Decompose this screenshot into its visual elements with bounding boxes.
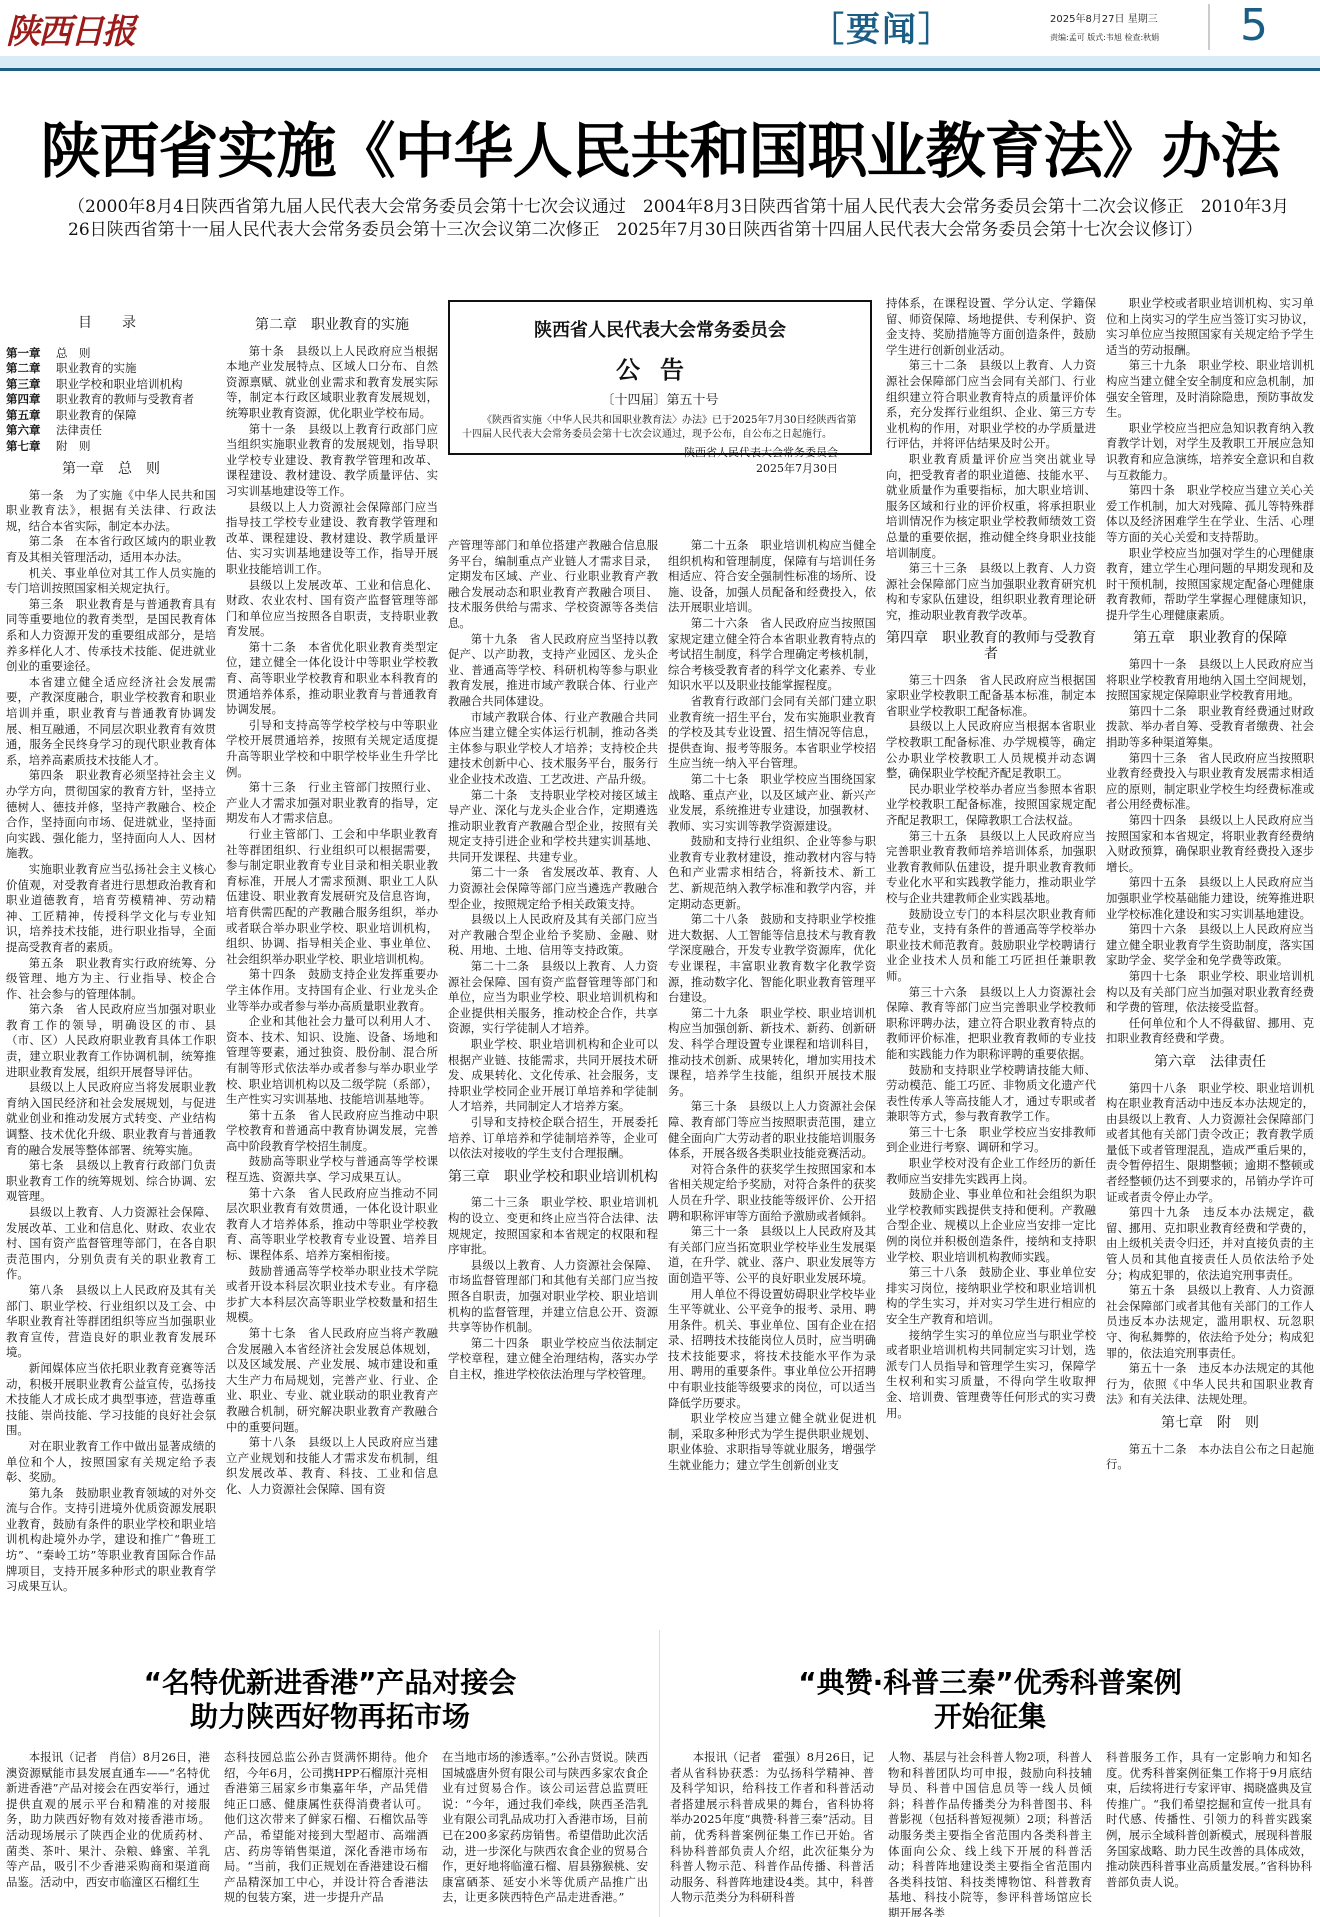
article-paragraph: 第十九条 省人民政府应当坚持以教促产、以产助教，支持产业园区、龙头企业、普通高等… <box>448 632 658 710</box>
article-paragraph: 第十二条 本省优化职业教育类型定位，建立健全一体化设计中等职业学校教育、高等职业… <box>226 640 438 718</box>
chapter-heading: 第五章 职业教育的保障 <box>1106 631 1314 647</box>
article-paragraph: 鼓励企业、事业单位和社会组织为职业学校教师实践提供支持和便利。产教融合型企业、规… <box>886 1187 1096 1265</box>
article-paragraph: 第二十九条 职业学校、职业培训机构应当加强创新、新技术、新药、创新研发、科学合理… <box>668 1006 876 1100</box>
article-paragraph: 第四十一条 县级以上人民政府应当将职业学校教育用地纳入国土空间规划，按照国家规定… <box>1106 657 1314 704</box>
notice-issuer: 陕西省人民代表大会常务委员会 <box>462 316 858 342</box>
chapter-heading: 第一章 总 则 <box>6 462 216 478</box>
toc-chapter-number: 第三章 <box>6 377 56 393</box>
toc-item: 第一章总 则 <box>6 346 216 362</box>
article-paragraph: 任何单位和个人不得截留、挪用、克扣职业教育经费和学费。 <box>1106 1016 1314 1047</box>
article-paragraph: 机关、事业单位对其工作人员实施的专门培训按照国家相关规定执行。 <box>6 566 216 597</box>
article-paragraph: 引导和支持校企联合招生，开展委托培养、订单培养和学徒制培养等，企业可以依法对接收… <box>448 1115 658 1162</box>
article-paragraph: 第四十八条 职业学校、职业培训机构在职业教育活动中违反本办法规定的，由县级以上教… <box>1106 1081 1314 1206</box>
right-story-title: “典赞·科普三秦”优秀科普案例 开始征集 <box>680 1666 1300 1734</box>
article-paragraph: 第二十三条 职业学校、职业培训机构的设立、变更和终止应当符合法律、法规规定，按照… <box>448 1195 658 1257</box>
article-paragraph: 用人单位不得设置妨碍职业学校毕业生平等就业、公平竞争的报考、录用、聘用条件。机关… <box>668 1287 876 1412</box>
article-paragraph: 职业教育质量评价应当突出就业导向，把受教育者的职业道德、技能水平、就业质量作为重… <box>886 452 1096 561</box>
article-paragraph: 第十六条 省人民政府应当推动不同层次职业教育有效贯通，一体化设计职业教育人才培养… <box>226 1186 438 1264</box>
body-column-1: 目 录 第一章总 则第二章职业教育的实施第三章职业学校和职业培训机构第四章职业教… <box>6 310 216 1620</box>
article-paragraph: 第四条 职业教育必须坚持社会主义办学方向，贯彻国家的教育方针，坚持立德树人、德技… <box>6 768 216 862</box>
right-story-text-2: 人物、基层与社会科普人物2项，科普人物和科普团队均可申报，鼓励向科技辅导员、科普… <box>888 1750 1092 1917</box>
chapter-heading: 第六章 法律责任 <box>1106 1055 1314 1071</box>
section-tag: ［要闻］ <box>810 2 954 51</box>
article-paragraph: 持体系，在课程设置、学分认定、学籍保留、师资保障、场地提供、专利保护、资金支持、… <box>886 296 1096 358</box>
article-paragraph: 县级以上发展改革、工业和信息化、财政、农业农村、国有资产监督管理等部门和单位应当… <box>226 578 438 640</box>
article-paragraph: 第十三条 行业主管部门按照行业、产业人才需求加强对职业教育的指导，定期发布人才需… <box>226 780 438 827</box>
toc-item: 第三章职业学校和职业培训机构 <box>6 377 216 393</box>
newspaper-logo: 陕西日报 <box>6 4 134 53</box>
article-paragraph: 第二十四条 职业学校应当依法制定学校章程，建立健全治理结构，落实办学自主权，推进… <box>448 1336 658 1383</box>
article-paragraph: 第三条 职业教育是与普通教育具有同等重要地位的教育类型，是国民教育体系和人力资源… <box>6 597 216 675</box>
left-story-title-line1: “名特优新进香港”产品对接会 <box>20 1666 640 1700</box>
article-paragraph: 第二条 在本省行政区域内的职业教育及其相关管理活动，适用本办法。 <box>6 534 216 565</box>
masthead: 陕西日报 ［要闻］ 2025年8月27日 星期三 责编:孟可 版式:韦旭 检查:… <box>0 0 1320 56</box>
article-paragraph: 职业学校应当加强对学生的心理健康教育，建立学生心理问题的早期发现和及时干预机制，… <box>1106 546 1314 624</box>
article-paragraph: 民办职业学校举办者应当参照本省职业学校教职工配备标准，按照国家规定配齐配足教职工… <box>886 782 1096 829</box>
article-paragraph: 第二十二条 县级以上教育、人力资源社会保障、国有资产监督管理等部门和单位，应当为… <box>448 959 658 1037</box>
toc-chapter-title: 法律责任 <box>56 423 216 439</box>
toc-item: 第五章职业教育的保障 <box>6 408 216 424</box>
article-paragraph: 第十七条 省人民政府应当将产教融合发展融入本省经济社会发展总体规划，以及区域发展… <box>226 1326 438 1435</box>
toc-item: 第四章职业教育的教师与受教育者 <box>6 392 216 408</box>
article-paragraph: 第四十七条 职业学校、职业培训机构以及有关部门应当加强对职业教育经费和学费的管理… <box>1106 969 1314 1016</box>
article-paragraph: 第一条 为了实施《中华人民共和国职业教育法》，根据有关法律、行政法规，结合本省实… <box>6 488 216 535</box>
article-paragraph: 鼓励设立专门的本科层次职业教育师范专业，支持有条件的普通高等学校举办职业技术师范… <box>886 907 1096 985</box>
toc-chapter-number: 第四章 <box>6 392 56 408</box>
article-paragraph: 第四十二条 职业教育经费通过财政拨款、举办者自筹、受教育者缴费、社会捐助等多种渠… <box>1106 704 1314 751</box>
editor-credits: 责编:孟可 版式:韦旭 检查:秋娟 <box>1050 32 1159 43</box>
right-story-text-3: 科普服务工作，具有一定影响力和知名度。优秀科普案例征集工作将于9月底结束，后续将… <box>1106 1750 1312 1890</box>
table-of-contents: 第一章总 则第二章职业教育的实施第三章职业学校和职业培训机构第四章职业教育的教师… <box>6 346 216 455</box>
article-paragraph: 第四十六条 县级以上人民政府应当建立健全职业教育学生资助制度，落实国家助学金、奖… <box>1106 922 1314 969</box>
toc-title: 目 录 <box>6 316 216 332</box>
article-paragraph: 县级以上教育、人力资源社会保障、发展改革、工业和信息化、财政、农业农村、国有资产… <box>6 1205 216 1283</box>
article-adoption-note: （2000年8月4日陕西省第九届人民代表大会常务委员会第十七次会议通过 2004… <box>68 196 1308 242</box>
left-story-text-1: 本报讯（记者 肖信）8月26日，港澳资源赋能市县发展直通车——“名特优新进香港”… <box>6 1750 210 1890</box>
page-number: 5 <box>1240 0 1268 51</box>
toc-chapter-title: 总 则 <box>56 346 216 362</box>
chapter-heading: 第四章 职业教育的教师与受教育者 <box>886 631 1096 662</box>
article-paragraph: 第七条 县级以上教育行政部门负责职业教育工作的统筹规划、综合协调、宏观管理。 <box>6 1158 216 1205</box>
article-paragraph: 第四十九条 违反本办法规定，截留、挪用、克扣职业教育经费和学费的，由上级机关责令… <box>1106 1205 1314 1283</box>
masthead-divider <box>1208 4 1210 50</box>
article-paragraph: 第六条 省人民政府应当加强对职业教育工作的领导，明确设区的市、县（市、区）人民政… <box>6 1002 216 1080</box>
article-paragraph: 第三十六条 县级以上人力资源社会保障、教育等部门应当完善职业学校教师职称评聘办法… <box>886 985 1096 1063</box>
notice-body: 《陕西省实施〈中华人民共和国职业教育法〉办法》已于2025年7月30日经陕西省第… <box>462 414 858 442</box>
toc-item: 第二章职业教育的实施 <box>6 361 216 377</box>
chapter-heading: 第二章 职业教育的实施 <box>226 318 438 334</box>
toc-chapter-title: 职业教育的保障 <box>56 408 216 424</box>
article-paragraph: 第三十四条 省人民政府应当根据国家职业学校教职工配备基本标准，制定本省职业学校教… <box>886 673 1096 720</box>
left-story-text-3: 在当地市场的渗透率。”公孙吉贤说。陕西国城盛唐外贸有限公司与陕西多家农食企业有过… <box>442 1750 648 1906</box>
article-paragraph: 职业学校或者职业培训机构、实习单位和上岗实习的学生应当签订实习协议，实习单位应当… <box>1106 296 1314 358</box>
article-paragraph: 对在职业教育工作中做出显著成绩的单位和个人，按照国家有关规定给予表彰、奖励。 <box>6 1439 216 1486</box>
story-divider <box>659 1630 660 1917</box>
left-story-title-line2: 助力陕西好物再拓市场 <box>20 1700 640 1734</box>
article-paragraph: 接纳学生实习的单位应当与职业学校或者职业培训机构共同制定实习计划，选派专门人员指… <box>886 1328 1096 1422</box>
body-column-3: 产管理等部门和单位搭建产教融合信息服务平台，编制重点产业链人才需求目录，定期发布… <box>448 538 658 1620</box>
article-paragraph: 第三十条 县级以上人力资源社会保障、教育部门等应当按照职责范围，建立健全面向广大… <box>668 1099 876 1161</box>
left-story-column-3: 在当地市场的渗透率。”公孙吉贤说。陕西国城盛唐外贸有限公司与陕西多家农食企业有过… <box>442 1750 648 1917</box>
article-paragraph: 第十一条 县级以上教育行政部门应当组织实施职业教育的发展规划，指导职业学校专业建… <box>226 422 438 500</box>
article-paragraph: 第十八条 县级以上人民政府应当建立产业规划和技能人才需求发布机制，组织发展改革、… <box>226 1435 438 1497</box>
toc-chapter-title: 职业教育的教师与受教育者 <box>56 392 216 408</box>
article-paragraph: 第五条 职业教育实行政府统筹、分级管理、地方为主、行业指导、校企合作、社会参与的… <box>6 956 216 1003</box>
article-paragraph: 第十条 县级以上人民政府应当根据本地产业发展特点、区域人口分布、自然资源禀赋、就… <box>226 344 438 422</box>
toc-item: 第六章法律责任 <box>6 423 216 439</box>
article-paragraph: 鼓励高等职业学校与普通高等学校课程互选、资源共享、学习成果互认。 <box>226 1154 438 1185</box>
body-column-2: 第二章 职业教育的实施第十条 县级以上人民政府应当根据本地产业发展特点、区域人口… <box>226 310 438 1620</box>
toc-chapter-number: 第五章 <box>6 408 56 424</box>
chapter-heading: 第七章 附 则 <box>1106 1416 1314 1432</box>
article-paragraph: 第二十七条 职业学校应当围绕国家战略、重点产业，以及区域产业、新兴产业发展，系统… <box>668 772 876 834</box>
article-paragraph: 第三十九条 职业学校、职业培训机构应当建立健全安全制度和应急机制，加强安全管理，… <box>1106 358 1314 420</box>
right-story-title-line1: “典赞·科普三秦”优秀科普案例 <box>680 1666 1300 1700</box>
article-paragraph: 县级以上人民政府应当根据本省职业学校教职工配备标准、办学规模等，确定公办职业学校… <box>886 719 1096 781</box>
article-paragraph: 鼓励普通高等学校举办职业技术学院或者开设本科层次职业技术专业。有序稳步扩大本科层… <box>226 1264 438 1326</box>
article-paragraph: 第三十八条 鼓励企业、事业单位安排实习岗位，接纳职业学校和职业培训机构的学生实习… <box>886 1265 1096 1327</box>
article-paragraph: 第十五条 省人民政府应当推动中职学校教育和普通高中教育协调发展，完善高中阶段教育… <box>226 1108 438 1155</box>
article-paragraph: 行业主管部门、工会和中华职业教育社等群团组织、行业组织可以根据需要，参与制定职业… <box>226 827 438 967</box>
article-paragraph: 第三十七条 职业学校应当安排教师到企业进行考察、调研和学习。 <box>886 1125 1096 1156</box>
article-paragraph: 职业学校应当把应急知识教育纳入教育教学计划，对学生及教职工开展应急知识教育和应急… <box>1106 421 1314 483</box>
left-story-text-2: 态科技园总监公孙吉贤满怀期待。他介绍，今年6月，公司携HPP石榴原汁亮相香港第三… <box>224 1750 428 1906</box>
toc-chapter-title: 附 则 <box>56 439 216 455</box>
toc-chapter-number: 第六章 <box>6 423 56 439</box>
article-paragraph: 第五十二条 本办法自公布之日起施行。 <box>1106 1442 1314 1473</box>
masthead-band <box>0 56 1320 68</box>
article-paragraph: 第四十四条 县级以上人民政府应当按照国家和本省规定，将职业教育经费纳入财政预算，… <box>1106 813 1314 875</box>
right-story-column-3: 科普服务工作，具有一定影响力和知名度。优秀科普案例征集工作将于9月底结束，后续将… <box>1106 1750 1312 1917</box>
article-paragraph: 县级以上人民政府及其有关部门应当对产教融合型企业给予奖励、金融、财税、用地、土地… <box>448 912 658 959</box>
notice-date: 2025年7月30日 <box>462 460 858 476</box>
toc-chapter-number: 第一章 <box>6 346 56 362</box>
article-paragraph: 对符合条件的获奖学生按照国家和本省相关规定给予奖励，对符合条件的获奖人员在升学、… <box>668 1162 876 1224</box>
article-paragraph: 企业和其他社会力量可以利用人才、资本、技术、知识、设施、设备、场地和管理等要素，… <box>226 1014 438 1108</box>
right-story-column-1: 本报讯（记者 霍强）8月26日，记者从省科协获悉：为弘扬科学精神、普及科学知识，… <box>670 1750 874 1917</box>
article-paragraph: 第四十三条 省人民政府应当按照职业教育经费投入与职业教育发展需求相适应的原则，制… <box>1106 751 1314 813</box>
toc-item: 第七章附 则 <box>6 439 216 455</box>
article-paragraph: 第九条 鼓励职业教育领域的对外交流与合作。支持引进境外优质资源发展职业教育，鼓励… <box>6 1486 216 1595</box>
article-headline: 陕西省实施《中华人民共和国职业教育法》办法 <box>0 104 1320 190</box>
article-paragraph: 第四十条 职业学校应当建立关心关爱工作机制，加大对残障、孤儿等特殊群体以及经济困… <box>1106 483 1314 545</box>
article-paragraph: 第二十六条 省人民政府应当按照国家规定建立健全符合本省职业教育特点的考试招生制度… <box>668 616 876 694</box>
body-column-6: 职业学校或者职业培训机构、实习单位和上岗实习的学生应当签订实习协议，实习单位应当… <box>1106 296 1314 1620</box>
body-column-4: 第二十五条 职业培训机构应当健全组织机构和管理制度，保障有与培训任务相适应、符合… <box>668 538 876 1620</box>
article-paragraph: 县级以上人力资源社会保障部门应当指导技工学校专业建设、教育教学管理和改革、课程建… <box>226 500 438 578</box>
article-paragraph: 鼓励和支持职业学校聘请技能大师、劳动模范、能工巧匠、非物质文化遗产代表性传承人等… <box>886 1063 1096 1125</box>
notice-title: 公告 <box>462 350 858 385</box>
article-paragraph: 第二十八条 鼓励和支持职业学校推进大数据、人工智能等信息技术与教育教学深度融合，… <box>668 912 876 1006</box>
article-paragraph: 第二十一条 省发展改革、教育、人力资源社会保障等部门应当遴选产教融合型企业，按照… <box>448 865 658 912</box>
article-paragraph: 市域产教联合体、行业产教融合共同体应当建立健全实体运行机制，推动各类主体参与职业… <box>448 710 658 788</box>
article-paragraph: 县级以上教育、人力资源社会保障、市场监督管理部门和其他有关部门应当按照各自职责，… <box>448 1258 658 1336</box>
article-paragraph: 第二十条 支持职业学校对接区域主导产业、深化与龙头企业合作，定期遴选推动职业教育… <box>448 788 658 866</box>
toc-chapter-title: 职业学校和职业培训机构 <box>56 377 216 393</box>
article-paragraph: 第十四条 鼓励支持企业发挥重要办学主体作用。支持国有企业、行业龙头企业等举办或者… <box>226 967 438 1014</box>
notice-number: 〔十四届〕第五十号 <box>462 389 858 408</box>
left-story-column-1: 本报讯（记者 肖信）8月26日，港澳资源赋能市县发展直通车——“名特优新进香港”… <box>6 1750 210 1917</box>
article-paragraph: 实施职业教育应当弘扬社会主义核心价值观，对受教育者进行思想政治教育和职业道德教育… <box>6 862 216 956</box>
article-paragraph: 产管理等部门和单位搭建产教融合信息服务平台，编制重点产业链人才需求目录，定期发布… <box>448 538 658 632</box>
right-story-column-2: 人物、基层与社会科普人物2项，科普人物和科普团队均可申报，鼓励向科技辅导员、科普… <box>888 1750 1092 1917</box>
article-paragraph: 新闻媒体应当依托职业教育竞赛等活动，积极开展职业教育公益宣传，弘扬技术技能人才成… <box>6 1361 216 1439</box>
left-story-column-2: 态科技园总监公孙吉贤满怀期待。他介绍，今年6月，公司携HPP石榴原汁亮相香港第三… <box>224 1750 428 1917</box>
toc-chapter-title: 职业教育的实施 <box>56 361 216 377</box>
article-paragraph: 第五十条 县级以上教育、人力资源社会保障部门或者其他有关部门的工作人员违反本办法… <box>1106 1283 1314 1361</box>
chapter-heading: 第三章 职业学校和职业培训机构 <box>448 1170 658 1186</box>
left-story-title: “名特优新进香港”产品对接会 助力陕西好物再拓市场 <box>20 1666 640 1734</box>
notice-signature: 陕西省人民代表大会常务委员会 <box>462 444 858 460</box>
right-story-text-1: 本报讯（记者 霍强）8月26日，记者从省科协获悉：为弘扬科学精神、普及科学知识，… <box>670 1750 874 1906</box>
article-paragraph: 第三十一条 县级以上人民政府及其有关部门应当拓宽职业学校毕业生发展渠道，在升学、… <box>668 1224 876 1286</box>
article-paragraph: 职业学校、职业培训机构和企业可以根据产业链、技能需求，共同开展技术研发、成果转化… <box>448 1037 658 1115</box>
masthead-rule <box>0 68 1320 71</box>
right-story-title-line2: 开始征集 <box>680 1700 1300 1734</box>
article-paragraph: 第四十五条 县级以上人民政府应当加强职业学校基础能力建设，统筹推进职业学校标准化… <box>1106 875 1314 922</box>
article-paragraph: 引导和支持高等学校学校与中等职业学校开展贯通培养，按照有关规定适度提升高等职业学… <box>226 718 438 780</box>
issue-date: 2025年8月27日 星期三 <box>1050 10 1158 25</box>
article-paragraph: 第二十五条 职业培训机构应当健全组织机构和管理制度，保障有与培训任务相适应、符合… <box>668 538 876 616</box>
body-column-5: 持体系，在课程设置、学分认定、学籍保留、师资保障、场地提供、专利保护、资金支持、… <box>886 296 1096 1620</box>
article-paragraph: 鼓励和支持行业组织、企业等参与职业教育专业教材建设，推动教材内容与特色和产业需求… <box>668 834 876 912</box>
article-paragraph: 第五十一条 违反本办法规定的其他行为，依照《中华人民共和国职业教育法》和有关法律… <box>1106 1361 1314 1408</box>
article-paragraph: 县级以上人民政府应当将发展职业教育纳入国民经济和社会发展规划，与促进就业创业和推… <box>6 1080 216 1158</box>
toc-chapter-number: 第二章 <box>6 361 56 377</box>
toc-chapter-number: 第七章 <box>6 439 56 455</box>
article-paragraph: 第三十二条 县级以上教育、人力资源社会保障部门应当会同有关部门、行业组织建立符合… <box>886 358 1096 452</box>
article-paragraph: 第三十五条 县级以上人民政府应当完善职业教育教师培养培训体系，加强职业教育教师队… <box>886 829 1096 907</box>
article-paragraph: 第八条 县级以上人民政府及其有关部门、职业学校、行业组织以及工会、中华职业教育社… <box>6 1283 216 1361</box>
article-paragraph: 省教育行政部门会同有关部门建立职业教育统一招生平台，发布实施职业教育的学校及其专… <box>668 694 876 772</box>
article-paragraph: 职业学校应当建立健全就业促进机制，采取多种形式为学生提供职业规划、职业体验、求职… <box>668 1411 876 1473</box>
article-paragraph: 第三十三条 县级以上教育、人力资源社会保障部门应当加强职业教育研究机构和专家队伍… <box>886 561 1096 623</box>
article-paragraph: 本省建立健全适应经济社会发展需要，产教深度融合，职业学校教育和职业培训并重，职业… <box>6 675 216 769</box>
article-paragraph: 职业学校对没有企业工作经历的新任教师应当安排先实践再上岗。 <box>886 1156 1096 1187</box>
official-notice-box: 陕西省人民代表大会常务委员会 公告 〔十四届〕第五十号 《陕西省实施〈中华人民共… <box>448 300 872 455</box>
